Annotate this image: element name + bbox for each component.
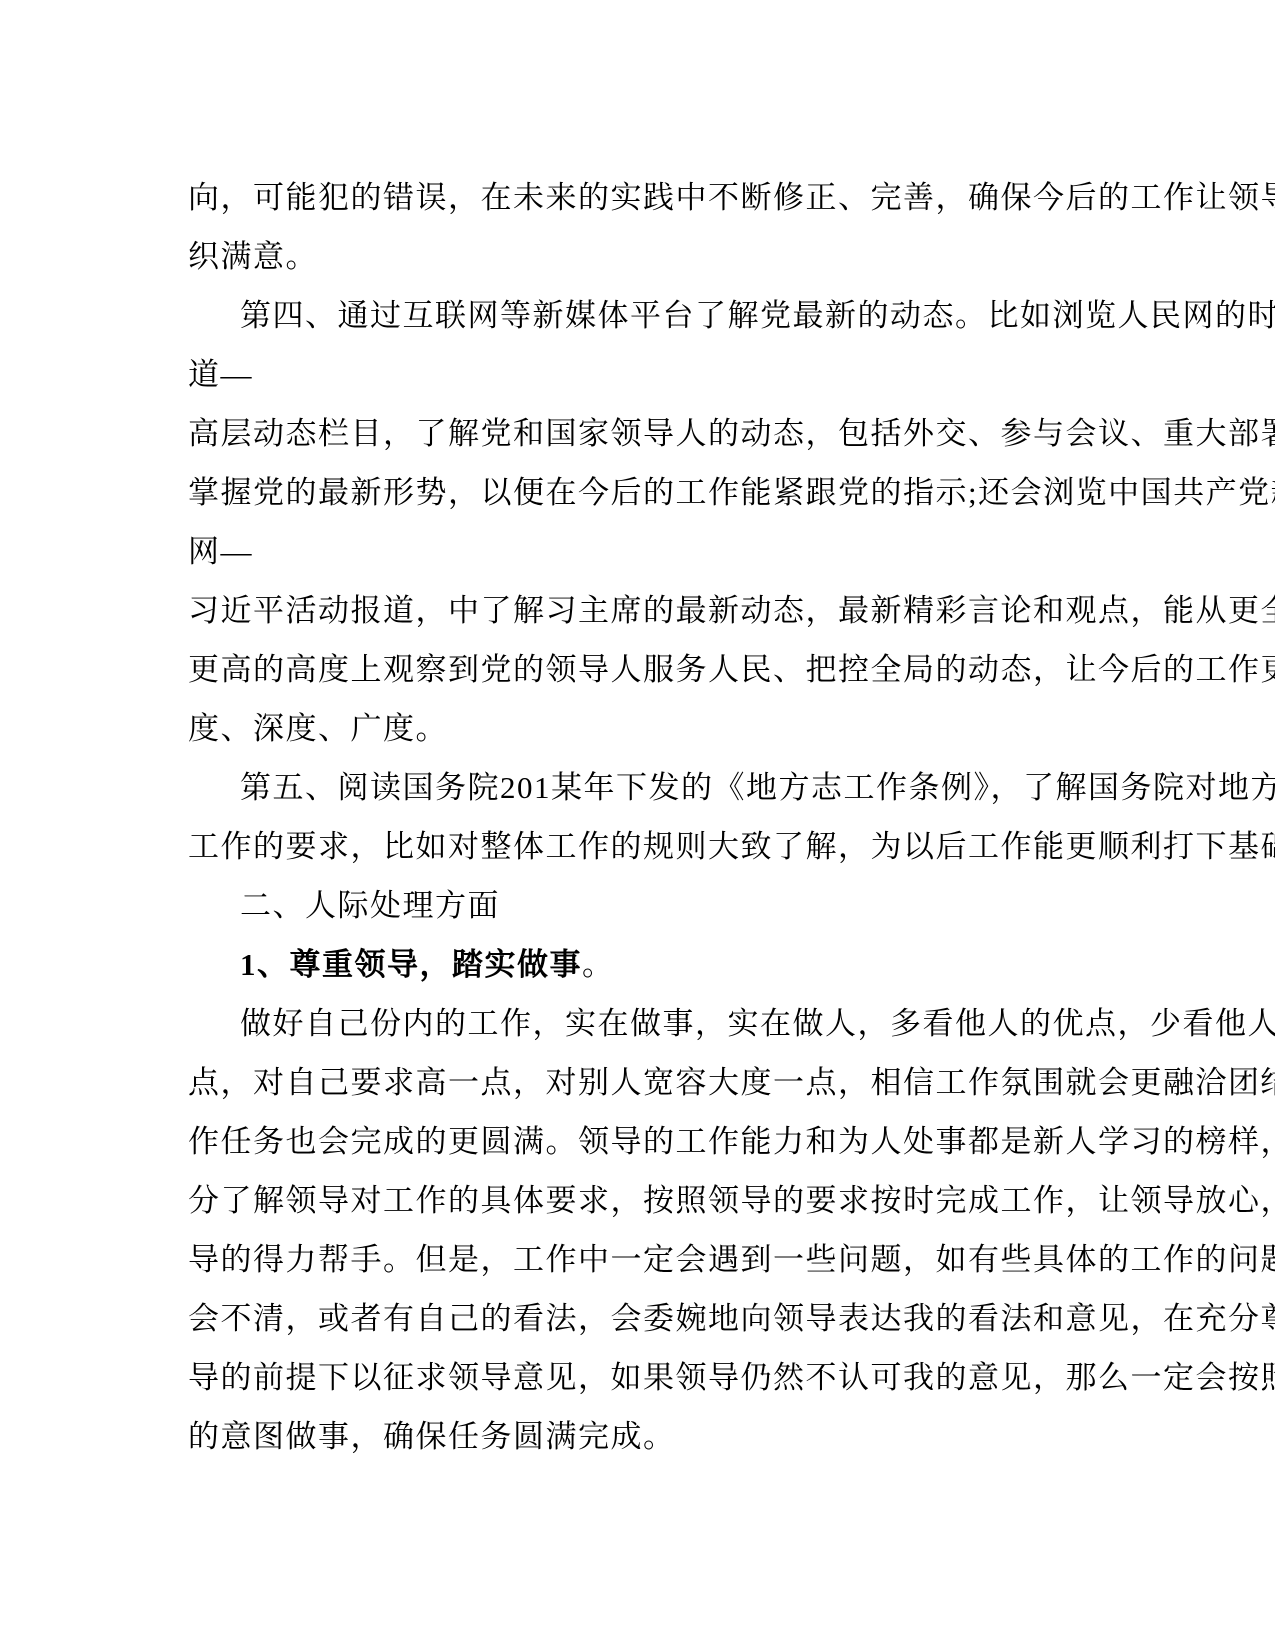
text-line: 道— bbox=[188, 345, 1118, 404]
text-line: 网— bbox=[188, 522, 1118, 581]
text-line: 做好自己份内的工作，实在做事，实在做人，多看他人的优点，少看他人的缺 bbox=[188, 994, 1118, 1053]
text-line: 的意图做事，确保任务圆满完成。 bbox=[188, 1407, 1118, 1466]
text-line: 高层动态栏目，了解党和国家领导人的动态，包括外交、参与会议、重大部署等， bbox=[188, 404, 1118, 463]
text-line: 导的前提下以征求领导意见，如果领导仍然不认可我的意见，那么一定会按照领导 bbox=[188, 1348, 1118, 1407]
heading-suffix: 。 bbox=[582, 947, 615, 982]
heading-bold-text: 1、尊重领导，踏实做事 bbox=[240, 947, 582, 982]
text-line: 织满意。 bbox=[188, 227, 1118, 286]
text-line: 习近平活动报道，中了解习主席的最新动态，最新精彩言论和观点，能从更全面、 bbox=[188, 581, 1118, 640]
text-line: 工作的要求，比如对整体工作的规则大致了解，为以后工作能更顺利打下基础。 bbox=[188, 817, 1118, 876]
text-line: 向，可能犯的错误，在未来的实践中不断修正、完善，确保今后的工作让领导和组 bbox=[188, 168, 1118, 227]
document-body: 向，可能犯的错误，在未来的实践中不断修正、完善，确保今后的工作让领导和组织满意。… bbox=[188, 168, 1118, 1466]
text-line: 作任务也会完成的更圆满。领导的工作能力和为人处事都是新人学习的榜样，要充 bbox=[188, 1112, 1118, 1171]
text-line: 1、尊重领导，踏实做事。 bbox=[188, 935, 1118, 994]
text-line: 点，对自己要求高一点，对别人宽容大度一点，相信工作氛围就会更融洽团结，工 bbox=[188, 1053, 1118, 1112]
text-line: 分了解领导对工作的具体要求，按照领导的要求按时完成工作，让领导放心，做领 bbox=[188, 1171, 1118, 1230]
text-line: 二、人际处理方面 bbox=[188, 876, 1118, 935]
text-line: 掌握党的最新形势，以便在今后的工作能紧跟党的指示;还会浏览中国共产党新闻 bbox=[188, 463, 1118, 522]
document-page: 向，可能犯的错误，在未来的实践中不断修正、完善，确保今后的工作让领导和组织满意。… bbox=[0, 0, 1275, 1650]
text-line: 更高的高度上观察到党的领导人服务人民、把控全局的动态，让今后的工作更有高 bbox=[188, 640, 1118, 699]
text-line: 会不清，或者有自己的看法，会委婉地向领导表达我的看法和意见，在充分尊重领 bbox=[188, 1289, 1118, 1348]
text-line: 度、深度、广度。 bbox=[188, 699, 1118, 758]
text-line: 导的得力帮手。但是，工作中一定会遇到一些问题，如有些具体的工作的问题我领 bbox=[188, 1230, 1118, 1289]
text-line: 第四、通过互联网等新媒体平台了解党最新的动态。比如浏览人民网的时政频 bbox=[188, 286, 1118, 345]
text-line: 第五、阅读国务院201某年下发的《地方志工作条例》，了解国务院对地方志 bbox=[188, 758, 1118, 817]
